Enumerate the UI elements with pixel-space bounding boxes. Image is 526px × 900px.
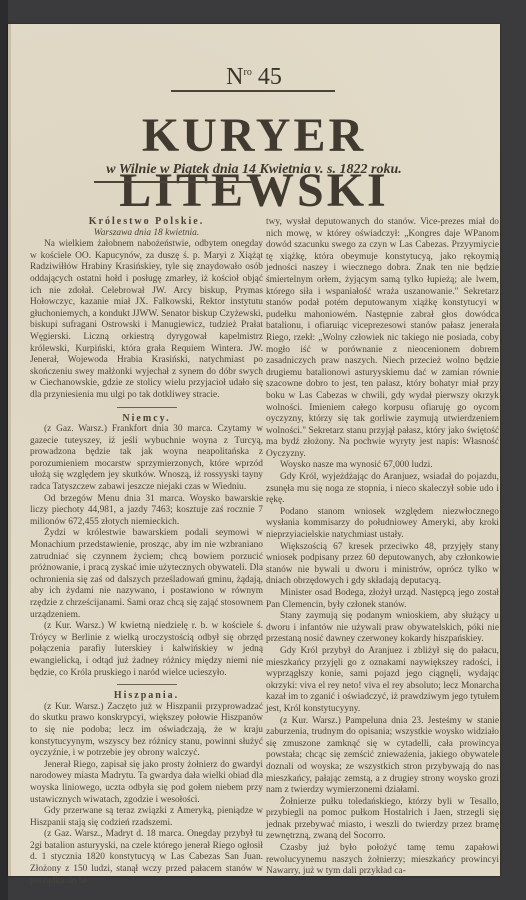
section-subheading-warszawa: Warszawa dnia 18 kwietnia. xyxy=(30,228,263,240)
article-paragraph: Gdy Król przybył do Aranjuez i zbliżył s… xyxy=(266,646,499,716)
article-paragraph: Woysko nasze ma wynosić 67,000 ludzi. xyxy=(266,460,499,472)
article-paragraph: Na wielkiem żałobnem nabożeństwie, odbyt… xyxy=(30,239,263,401)
issue-prefix: N xyxy=(226,64,243,90)
article-paragraph: Stany zaymują się podanym wnioskiem, aby… xyxy=(266,611,499,646)
article-paragraph: Podano stanom wniosek względem niezwłocz… xyxy=(266,507,499,542)
issue-suffix: ro xyxy=(244,67,252,78)
section-heading-krolestwo-polskie: Królestwo Polskie. xyxy=(30,216,263,228)
article-paragraph: Minister osad Bodega, złożył urząd. Nast… xyxy=(266,588,499,611)
article-paragraph: (z Gaz. Warsz.) Frankfort dnia 30 marca.… xyxy=(30,424,263,494)
article-paragraph: Żołnierze pułku toledańskiego, którzy by… xyxy=(266,797,499,843)
page-binding-edge xyxy=(8,24,11,876)
left-column: Królestwo Polskie. Warszawa dnia 18 kwie… xyxy=(30,214,263,887)
dateline-rule xyxy=(94,181,254,183)
article-paragraph: (z Kur. Warsz.) W kwietną niedzielę r. b… xyxy=(30,621,263,679)
article-paragraph: Gdy Król, wyjeżdżając do Aranjuez, wsiad… xyxy=(266,472,499,507)
article-paragraph: Gdy przerwane są teraz związki z Ameryką… xyxy=(30,806,263,829)
article-paragraph: Czasby już było położyć tamę temu zapało… xyxy=(266,843,499,878)
dateline: w Wilnie w Piątek dnia 14 Kwietnia v. s.… xyxy=(8,162,500,178)
article-paragraph: (z Kur. Warsz.) Zaczęto już w Hiszpanii … xyxy=(30,702,263,760)
issue-number: Nro 45 xyxy=(8,64,500,91)
section-heading-niemcy: Niemcy. xyxy=(30,413,263,425)
section-heading-hiszpania: Hiszpania. xyxy=(30,690,263,702)
article-paragraph: Jenerał Riego, zapisał się jako prosty ż… xyxy=(30,760,263,806)
article-paragraph: (z Kur. Warsz.) Pampeluna dnia 23. Jeste… xyxy=(266,716,499,797)
article-paragraph: Od brzegów Menu dnia 31 marca. Woysko ba… xyxy=(30,494,263,529)
article-paragraph: Żydzi w królestwie bawarskiem podali sey… xyxy=(30,528,263,621)
scanner-background-edge xyxy=(0,0,8,900)
article-paragraph: twy, wysłał deputowanych do stanów. Vice… xyxy=(266,217,499,460)
article-paragraph: Większością 67 kresek przeciwko 48, przy… xyxy=(266,542,499,588)
newspaper-page: Nro 45 KURYER LITEWSKI w Wilnie w Piątek… xyxy=(8,24,500,876)
section-separator xyxy=(117,684,177,685)
right-column: twy, wysłał deputowanych do stanów. Vice… xyxy=(266,217,499,878)
article-paragraph: (z Gaz. Warsz., Madryt d. 18 marca. Oneg… xyxy=(30,829,263,887)
section-separator xyxy=(117,407,177,408)
top-rule xyxy=(171,90,335,92)
issue-number-value: 45 xyxy=(258,64,282,90)
